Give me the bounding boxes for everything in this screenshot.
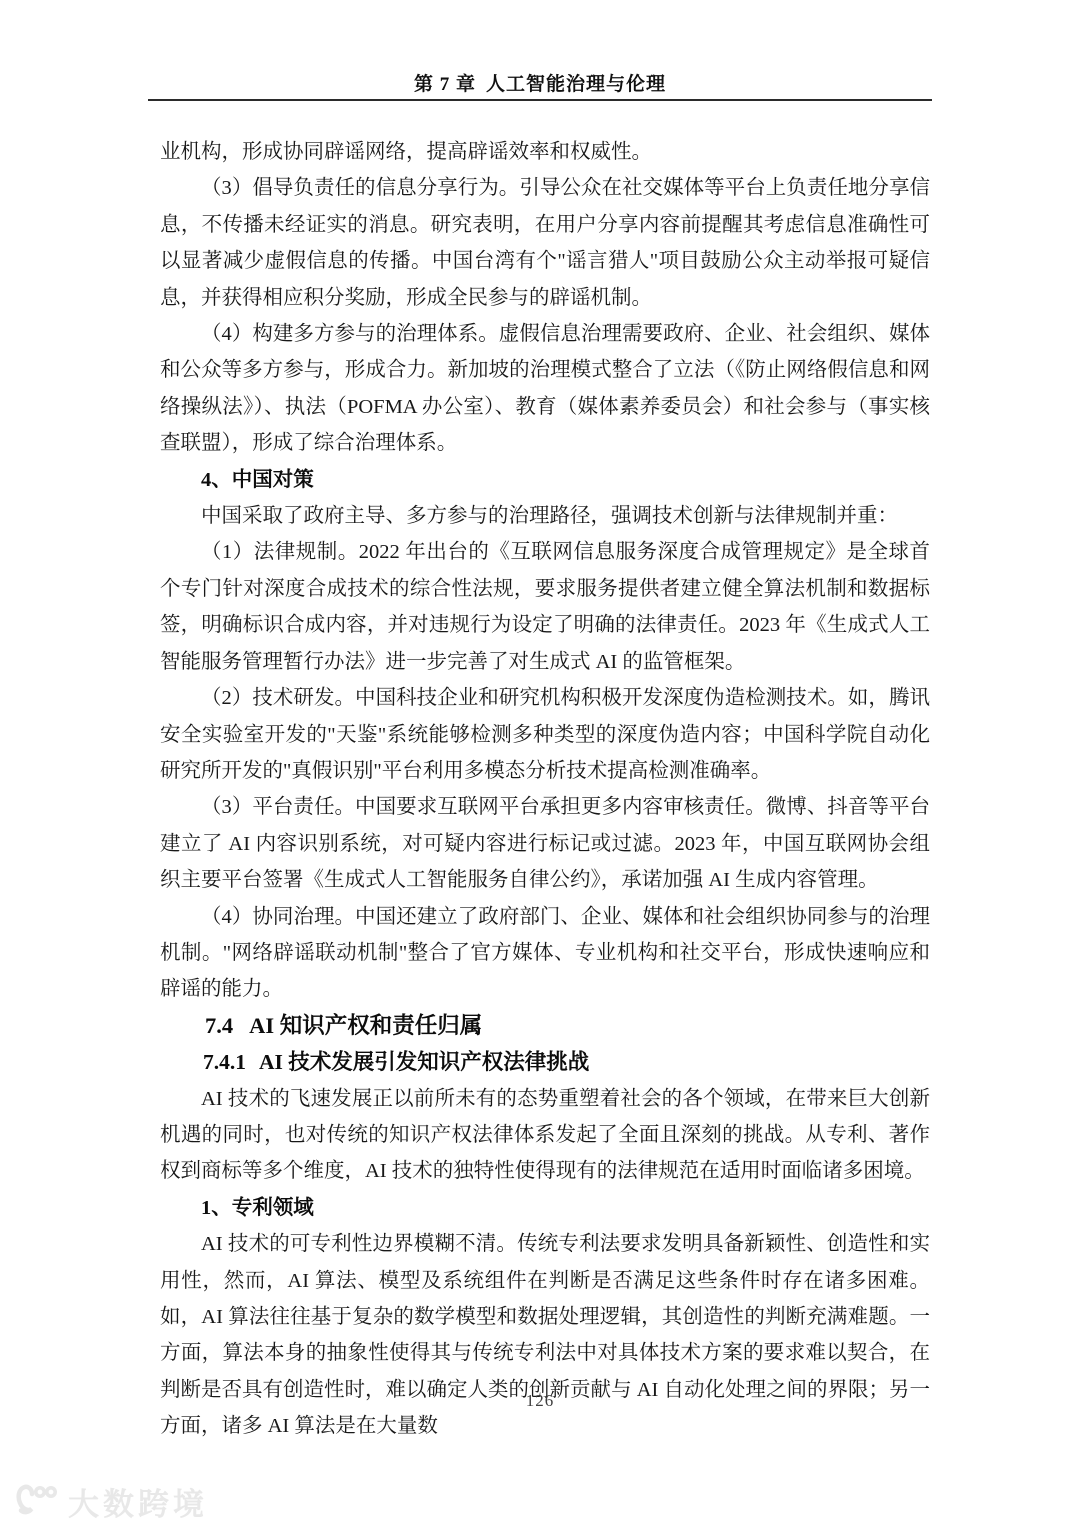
sub-heading: 1、专利领域: [160, 1190, 930, 1226]
chapter-title: 人工智能治理与伦理: [486, 74, 666, 95]
watermark: 大数跨境: [16, 1479, 208, 1524]
paragraph: （4）协同治理。中国还建立了政府部门、企业、媒体和社会组织协同参与的治理机制。"…: [160, 899, 930, 1008]
page-footer: 126: [0, 1391, 1080, 1411]
document-page: 第 7 章人工智能治理与伦理 业机构，形成协同辟谣网络，提高辟谣效率和权威性。 …: [0, 0, 1080, 1527]
paragraph: （2）技术研发。中国科技企业和研究机构积极开发深度伪造检测技术。如，腾讯安全实验…: [160, 680, 930, 789]
watermark-text: 大数跨境: [68, 1479, 208, 1524]
section-title: AI 知识产权和责任归属: [249, 1013, 482, 1038]
paragraph: AI 技术的飞速发展正以前所未有的态势重塑着社会的各个领域，在带来巨大创新机遇的…: [160, 1081, 930, 1190]
section-heading-7-4: 7.4AI 知识产权和责任归属: [160, 1008, 930, 1044]
subsection-number: 7.4.1: [203, 1050, 246, 1074]
paragraph: （1）法律规制。2022 年出台的《互联网信息服务深度合成管理规定》是全球首个专…: [160, 534, 930, 680]
running-header: 第 7 章人工智能治理与伦理: [148, 69, 932, 96]
page-number: 126: [526, 1391, 555, 1410]
paragraph: AI 技术的可专利性边界模糊不清。传统专利法要求发明具备新颖性、创造性和实用性，…: [160, 1226, 930, 1444]
dashu-logo-icon: [16, 1484, 60, 1520]
paragraph: 中国采取了政府主导、多方参与的治理路径，强调技术创新与法律规制并重：: [160, 498, 930, 534]
paragraph: （4）构建多方参与的治理体系。虚假信息治理需要政府、企业、社会组织、媒体和公众等…: [160, 316, 930, 462]
sub-heading: 4、中国对策: [160, 462, 930, 498]
paragraph: （3）倡导负责任的信息分享行为。引导公众在社交媒体等平台上负责任地分享信息，不传…: [160, 170, 930, 316]
subsection-title: AI 技术发展引发知识产权法律挑战: [259, 1050, 589, 1074]
paragraph: （3）平台责任。中国要求互联网平台承担更多内容审核责任。微博、抖音等平台建立了 …: [160, 789, 930, 898]
section-number: 7.4: [205, 1013, 233, 1038]
chapter-number: 第 7 章: [414, 74, 476, 95]
paragraph: 业机构，形成协同辟谣网络，提高辟谣效率和权威性。: [160, 134, 930, 170]
header-rule: [148, 99, 932, 101]
body-text: 业机构，形成协同辟谣网络，提高辟谣效率和权威性。 （3）倡导负责任的信息分享行为…: [160, 134, 930, 1445]
subsection-heading-7-4-1: 7.4.1AI 技术发展引发知识产权法律挑战: [160, 1044, 930, 1080]
